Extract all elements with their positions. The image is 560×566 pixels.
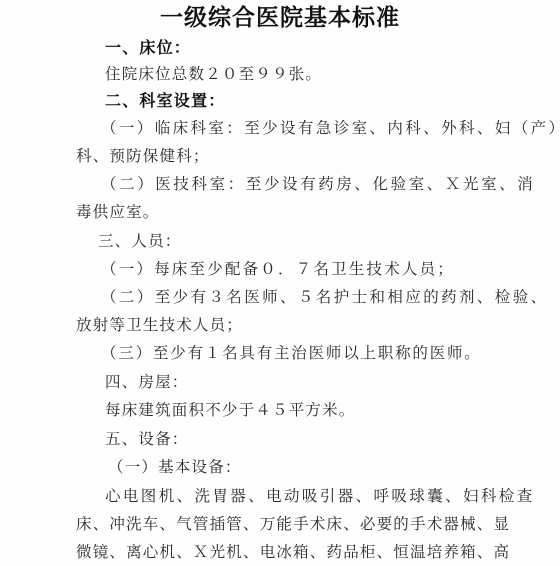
paragraph-equipment-list-1: 心电图机、洗胃器、电动吸引器、呼吸球囊、妇科检查 <box>105 486 535 506</box>
paragraph-bed-count: 住院床位总数２０至９９张。 <box>105 64 322 84</box>
paragraph-clinical-departments: （一）临床科室：至少设有急诊室、内科、外科、妇（产） <box>101 118 491 138</box>
section-heading-building: 四、房屋： <box>105 372 189 392</box>
subsection-heading-basic-equipment: （一）基本设备： <box>108 457 242 477</box>
section-heading-staff: 三、人员： <box>98 231 182 251</box>
section-heading-departments: 二、科室设置： <box>105 91 225 111</box>
paragraph-equipment-list-3: 微镜、离心机、Ｘ光机、电冰箱、药品柜、恒温培养箱、高 <box>76 542 510 562</box>
paragraph-clinical-departments-cont: 科、预防保健科； <box>76 146 210 166</box>
paragraph-staff-minimum: （二）至少有３名医师、５名护士和相应的药剂、检验、 <box>101 287 549 307</box>
document-page: 一级综合医院基本标准 一、床位： 住院床位总数２０至９９张。 二、科室设置： （… <box>0 0 560 566</box>
paragraph-attending-physician: （三）至少有１名具有主治医师以上职称的医师。 <box>101 343 482 363</box>
paragraph-medtech-departments-cont: 毒供应室。 <box>76 202 160 222</box>
paragraph-equipment-list-2: 床、冲洗车、气管插管、万能手术床、必要的手术器械、显 <box>76 514 510 534</box>
document-title: 一级综合医院基本标准 <box>0 4 560 32</box>
paragraph-staff-minimum-cont: 放射等卫生技术人员； <box>76 315 243 335</box>
paragraph-staff-ratio: （一）每床至少配备０．７名卫生技术人员； <box>101 259 455 279</box>
paragraph-medtech-departments: （二）医技科室：至少设有药房、化验室、Ｘ光室、消 <box>101 174 535 194</box>
paragraph-building-area: 每床建筑面积不少于４５平方米。 <box>105 400 356 420</box>
section-heading-beds: 一、床位： <box>105 38 191 58</box>
section-heading-equipment: 五、设备： <box>105 429 189 449</box>
